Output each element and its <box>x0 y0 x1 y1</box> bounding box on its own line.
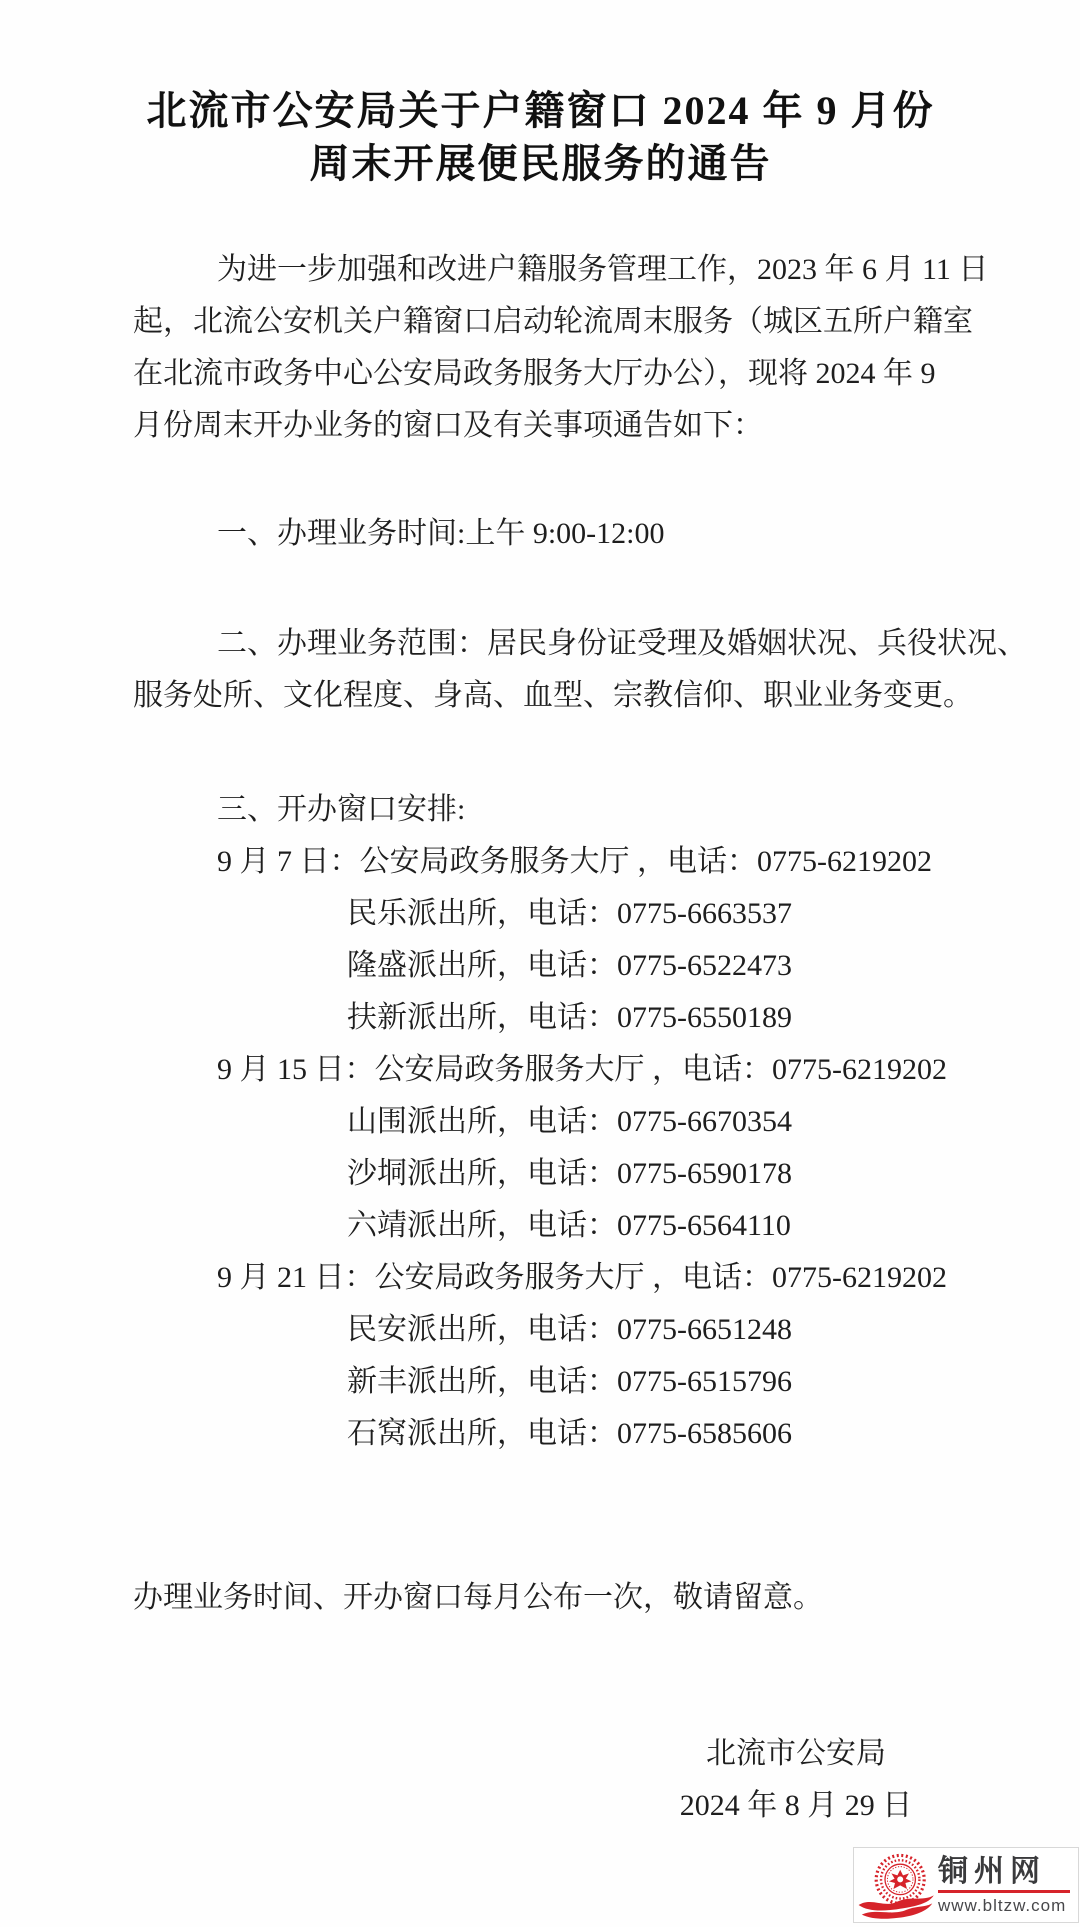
issue-date: 2024 年 8 月 29 日 <box>646 1780 946 1832</box>
site-logo-emblem-icon <box>856 1849 938 1921</box>
schedule-list: 9 月 7 日：公安局政务服务大厅 ，电话：0775-6219202 民乐派出所… <box>133 836 948 1460</box>
closing-note: 办理业务时间、开办窗口每月公布一次，敬请留意。 <box>133 1572 948 1624</box>
site-url: www.bltzw.com <box>938 1896 1070 1915</box>
schedule-date-line: 9 月 7 日：公安局政务服务大厅 ，电话：0775-6219202 <box>133 836 948 888</box>
intro-paragraph: 为进一步加强和改进户籍服务管理工作，2023 年 6 月 11 日 起，北流公安… <box>133 244 948 452</box>
intro-line: 在北流市政务中心公安局政务服务大厅办公），现将 2024 年 9 <box>133 348 948 400</box>
schedule-date-line: 9 月 15 日：公安局政务服务大厅 ，电话：0775-6219202 <box>133 1044 948 1096</box>
section-time-heading: 一、办理业务时间:上午 9:00-12:00 <box>133 508 948 560</box>
section-scope: 二、办理业务范围：居民身份证受理及婚姻状况、兵役状况、 服务处所、文化程度、身高… <box>133 618 948 722</box>
section-windows-heading: 三、开办窗口安排: <box>133 784 948 836</box>
site-logo-text: 铜州网 www.bltzw.com <box>938 1856 1078 1915</box>
logo-divider <box>938 1890 1070 1893</box>
station-line: 扶新派出所，电话：0775-6550189 <box>133 992 948 1044</box>
intro-line: 起，北流公安机关户籍窗口启动轮流周末服务（城区五所户籍室 <box>133 296 948 348</box>
station-line: 沙垌派出所，电话：0775-6590178 <box>133 1148 948 1200</box>
station-line: 民安派出所，电话：0775-6651248 <box>133 1304 948 1356</box>
station-line: 民乐派出所，电话：0775-6663537 <box>133 888 948 940</box>
schedule-date-line: 9 月 21 日：公安局政务服务大厅 ，电话：0775-6219202 <box>133 1252 948 1304</box>
station-line: 石窝派出所，电话：0775-6585606 <box>133 1408 948 1460</box>
schedule-group: 9 月 21 日：公安局政务服务大厅 ，电话：0775-6219202 民安派出… <box>133 1252 948 1460</box>
station-line: 新丰派出所，电话：0775-6515796 <box>133 1356 948 1408</box>
title-line: 北流市公安局关于户籍窗口 2024 年 9 月份 <box>133 84 948 137</box>
issuer-name: 北流市公安局 <box>646 1728 946 1780</box>
station-line: 山围派出所，电话：0775-6670354 <box>133 1096 948 1148</box>
intro-line: 为进一步加强和改进户籍服务管理工作，2023 年 6 月 11 日 <box>133 244 948 296</box>
schedule-group: 9 月 7 日：公安局政务服务大厅 ，电话：0775-6219202 民乐派出所… <box>133 836 948 1044</box>
notice-page: 北流市公安局关于户籍窗口 2024 年 9 月份 周末开展便民服务的通告 为进一… <box>0 0 1080 1927</box>
station-line: 隆盛派出所，电话：0775-6522473 <box>133 940 948 992</box>
notice-title: 北流市公安局关于户籍窗口 2024 年 9 月份 周末开展便民服务的通告 <box>133 84 948 190</box>
station-line: 六靖派出所，电话：0775-6564110 <box>133 1200 948 1252</box>
site-watermark: 铜州网 www.bltzw.com <box>853 1847 1079 1923</box>
schedule-group: 9 月 15 日：公安局政务服务大厅 ，电话：0775-6219202 山围派出… <box>133 1044 948 1252</box>
notice-document: 北流市公安局关于户籍窗口 2024 年 9 月份 周末开展便民服务的通告 为进一… <box>133 0 948 1832</box>
intro-line: 月份周末开办业务的窗口及有关事项通告如下： <box>133 400 948 452</box>
title-line: 周末开展便民服务的通告 <box>133 137 948 190</box>
signature-block: 北流市公安局 2024 年 8 月 29 日 <box>646 1728 946 1832</box>
scope-line: 二、办理业务范围：居民身份证受理及婚姻状况、兵役状况、 <box>133 618 948 670</box>
site-name: 铜州网 <box>938 1856 1070 1888</box>
scope-line: 服务处所、文化程度、身高、血型、宗教信仰、职业业务变更。 <box>133 670 948 722</box>
